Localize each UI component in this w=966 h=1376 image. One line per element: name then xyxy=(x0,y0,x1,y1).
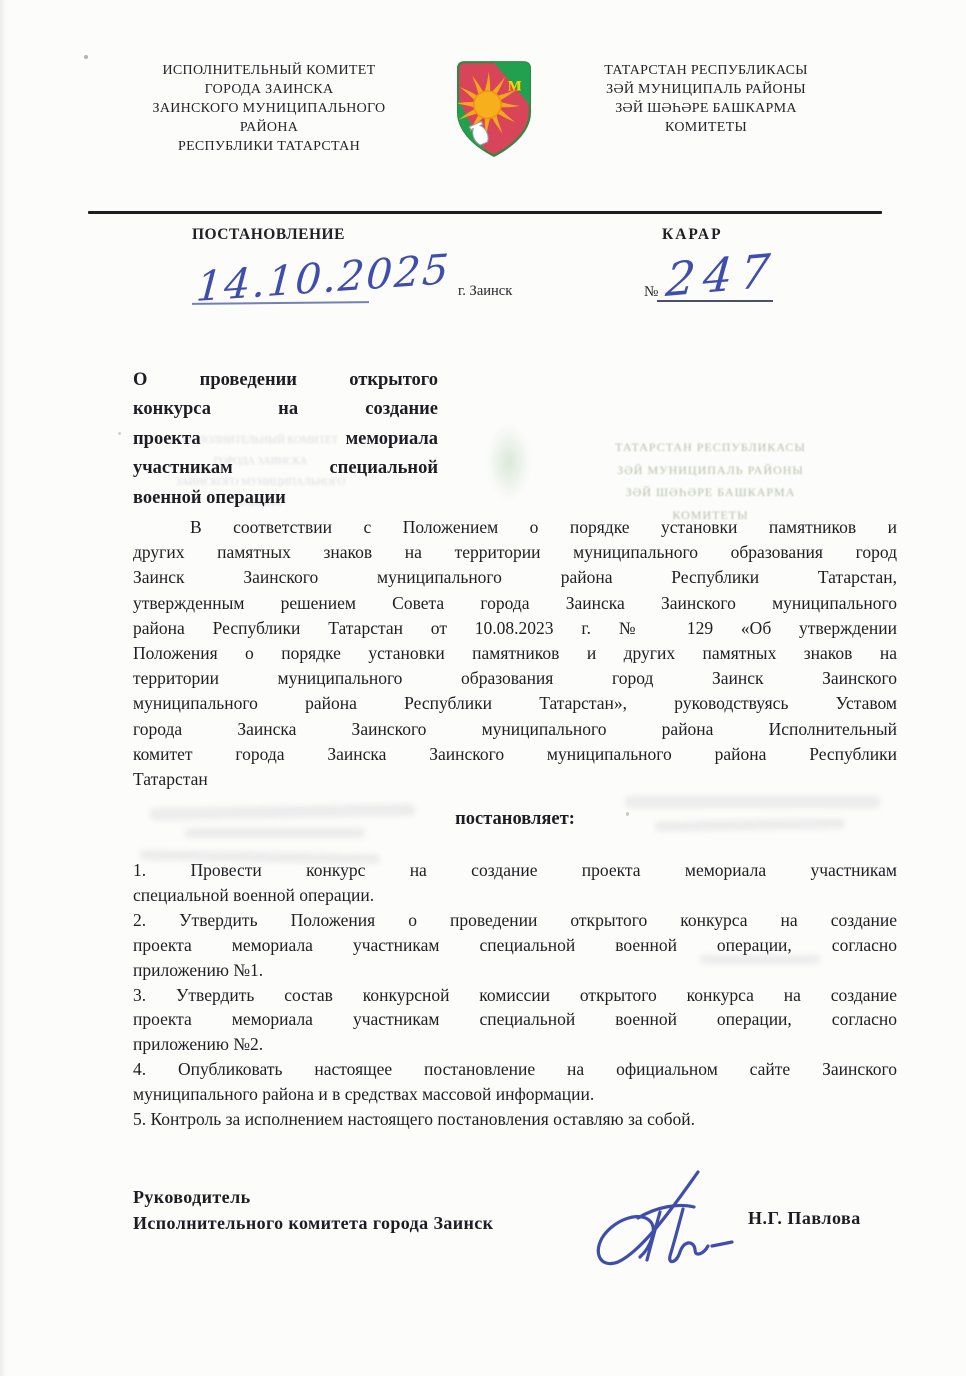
header-line: РЕСПУБЛИКИ ТАТАРСТАН xyxy=(133,137,405,156)
body-line: города Заинска Заинского муниципального … xyxy=(133,717,897,742)
header-line: ГОРОДА ЗАИНСКА xyxy=(133,80,405,99)
body-line: комитет города Заинска Заинского муницип… xyxy=(133,742,897,767)
body-line: района Республики Татарстан от 10.08.202… xyxy=(133,616,897,641)
scan-speck xyxy=(84,55,88,59)
title-line: конкурса на создание xyxy=(133,395,438,424)
bleed-through-text: ТАТАРСТАН РЕСПУБЛИКАСЫ ЗӘЙ МУНИЦИПАЛЬ РА… xyxy=(583,436,838,526)
doc-type-tatar: КАРАР xyxy=(662,226,723,244)
header-org-name-russian: ИСПОЛНИТЕЛЬНЫЙ КОМИТЕТ ГОРОДА ЗАИНСКА ЗА… xyxy=(133,61,405,156)
divider-line xyxy=(88,211,882,214)
scan-edge-shadow xyxy=(0,0,7,1376)
place-label: г. Заинск xyxy=(458,283,512,300)
resolves-heading: постановляет: xyxy=(133,809,897,830)
svg-text:м: м xyxy=(508,73,522,95)
body-line: Положения о порядке установки памятников… xyxy=(133,641,897,666)
resolution-items: 1. Провести конкурс на создание проекта … xyxy=(133,858,897,1132)
signer-name: Н.Г. Павлова xyxy=(748,1208,861,1229)
scan-speck xyxy=(118,432,121,435)
item-line: проекта мемориала участникам специальной… xyxy=(133,933,897,958)
item-line: специальной военной операции. xyxy=(133,883,897,908)
item-line: 4. Опубликовать настоящее постановление … xyxy=(133,1057,897,1082)
body-line: других памятных знаков на территории мун… xyxy=(133,540,897,565)
item-line: 1. Провести конкурс на создание проекта … xyxy=(133,858,897,883)
header-line: КОМИТЕТЫ xyxy=(575,118,837,137)
header-line: РАЙОНА xyxy=(133,118,405,137)
body-line: утвержденным решением Совета города Заин… xyxy=(133,591,897,616)
title-line: военной операции xyxy=(133,484,438,513)
item-line: 3. Утвердить состав конкурсной комиссии … xyxy=(133,983,897,1008)
title-line: проекта мемориала xyxy=(133,425,438,454)
title-line: участникам специальной xyxy=(133,454,438,483)
item-line: приложению №1. xyxy=(133,958,897,983)
body-line: территории муниципального образования го… xyxy=(133,666,897,691)
coat-of-arms-icon: м xyxy=(455,60,533,158)
header-line: ТАТАРСТАН РЕСПУБЛИКАСЫ xyxy=(575,61,837,80)
bleed-through-emblem xyxy=(487,424,531,500)
bleed-through-smudge xyxy=(625,796,880,808)
doc-type-russian: ПОСТАНОВЛЕНИЕ xyxy=(192,226,345,244)
number-underline xyxy=(657,300,773,302)
item-line: приложению №2. xyxy=(133,1032,897,1057)
resolution-title: О проведении открытого конкурса на созда… xyxy=(133,366,438,513)
header-line: ЗӘЙ ШӘҺӘРЕ БАШКАРМА xyxy=(575,99,837,118)
title-line: О проведении открытого xyxy=(133,366,438,395)
header-line: ЗАИНСКОГО МУНИЦИПАЛЬНОГО xyxy=(133,99,405,118)
header-org-name-tatar: ТАТАРСТАН РЕСПУБЛИКАСЫ ЗӘЙ МУНИЦИПАЛЬ РА… xyxy=(575,61,837,137)
handwritten-signature xyxy=(580,1158,740,1268)
item-line: проекта мемориала участникам специальной… xyxy=(133,1007,897,1032)
body-line: В соответствии с Положением о порядке ус… xyxy=(133,515,897,540)
body-line: муниципального района Республики Татарст… xyxy=(133,691,897,716)
item-line: 5. Контроль за исполнением настоящего по… xyxy=(133,1107,897,1132)
item-line: муниципального района и в средствах масс… xyxy=(133,1082,897,1107)
handwritten-number: 247 xyxy=(664,243,780,307)
item-line: 2. Утвердить Положения о проведении откр… xyxy=(133,908,897,933)
body-line: Заинск Заинского муниципального района Р… xyxy=(133,565,897,590)
body-line: Татарстан xyxy=(133,767,897,792)
document-page: ИСПОЛНИТЕЛЬНЫЙ КОМИТЕТ ГОРОДА ЗАИНСКА ЗА… xyxy=(0,0,966,1376)
number-sign: № xyxy=(644,284,658,301)
header-line: ЗӘЙ МУНИЦИПАЛЬ РАЙОНЫ xyxy=(575,80,837,99)
header-line: ИСПОЛНИТЕЛЬНЫЙ КОМИТЕТ xyxy=(133,61,405,80)
preamble-paragraph: В соответствии с Положением о порядке ус… xyxy=(133,515,897,792)
